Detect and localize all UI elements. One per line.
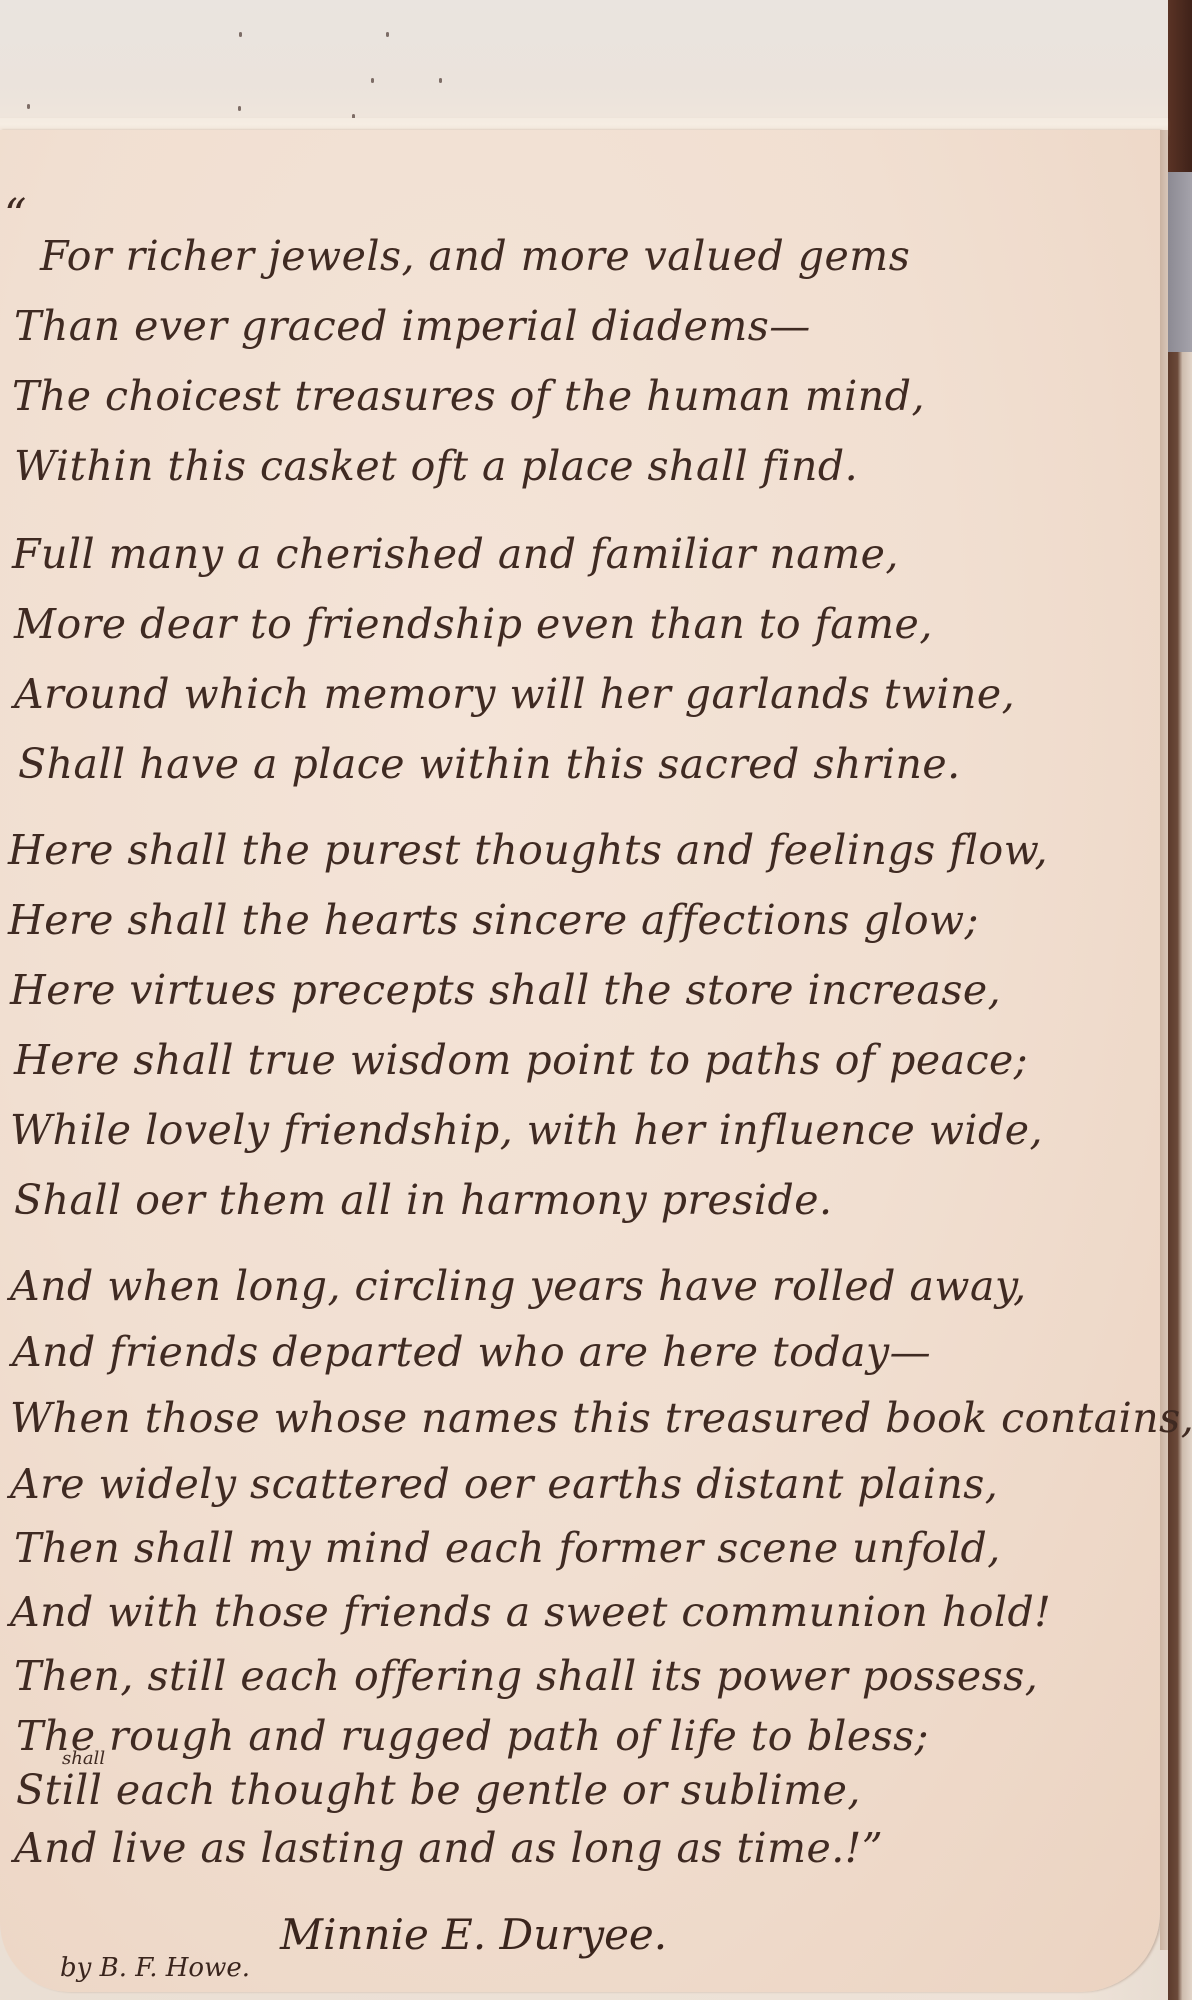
paper-speck xyxy=(439,78,442,83)
poem-line: More dear to friendship even than to fam… xyxy=(14,600,933,648)
poem-line: And when long, circling years have rolle… xyxy=(10,1262,1027,1310)
poem-line: Here shall true wisdom point to paths of… xyxy=(14,1036,1028,1084)
signature: Minnie E. Duryee. xyxy=(280,1910,667,1959)
opening-quote-mark: “ xyxy=(4,190,27,241)
page-edge xyxy=(1160,130,1168,1950)
poem-line: Shall have a place within this sacred sh… xyxy=(18,740,961,788)
album-spine-gap xyxy=(1168,172,1192,352)
poem-line: Around which memory will her garlands tw… xyxy=(14,670,1015,718)
previous-page-flap xyxy=(0,0,1168,124)
poem-line: Are widely scattered oer earths distant … xyxy=(10,1460,998,1508)
poem-line: Here shall the purest thoughts and feeli… xyxy=(8,826,1048,874)
poem-line: And live as lasting and as long as time.… xyxy=(14,1824,883,1872)
poem-line: Full many a cherished and familiar name, xyxy=(12,530,899,578)
album-spine-edge xyxy=(1168,352,1192,2000)
poem-line: When those whose names this treasured bo… xyxy=(10,1394,1192,1442)
poem-line: The rough and rugged path of life to ble… xyxy=(16,1712,929,1760)
paper-speck xyxy=(386,32,389,37)
paper-speck xyxy=(239,32,242,37)
poem-line: And friends departed who are here today— xyxy=(12,1328,931,1376)
poem-line: Then, still each offering shall its powe… xyxy=(14,1652,1038,1700)
poem-line: Then shall my mind each former scene unf… xyxy=(14,1524,1001,1572)
poem-line: Shall oer them all in harmony preside. xyxy=(14,1176,833,1224)
poem-line: Here virtues precepts shall the store in… xyxy=(10,966,1001,1014)
poem-line: Here shall the hearts sincere affections… xyxy=(8,896,979,944)
poem-line: The choicest treasures of the human mind… xyxy=(12,372,925,420)
poem-line: For richer jewels, and more valued gems xyxy=(40,232,910,280)
poem-line: Still each thought be gentle or sublime, xyxy=(16,1766,861,1814)
poem-line: Than ever graced imperial diadems— xyxy=(14,302,811,350)
album-spine-top xyxy=(1168,0,1192,172)
paper-speck xyxy=(238,106,241,111)
paper-speck xyxy=(371,78,374,83)
poem-line: Within this casket oft a place shall fin… xyxy=(14,442,858,490)
poem-line: While lovely friendship, with her influe… xyxy=(10,1106,1043,1154)
paper-speck xyxy=(27,104,30,109)
attribution: by B. F. Howe. xyxy=(60,1953,250,1983)
poem-line: And with those friends a sweet communion… xyxy=(10,1588,1051,1636)
